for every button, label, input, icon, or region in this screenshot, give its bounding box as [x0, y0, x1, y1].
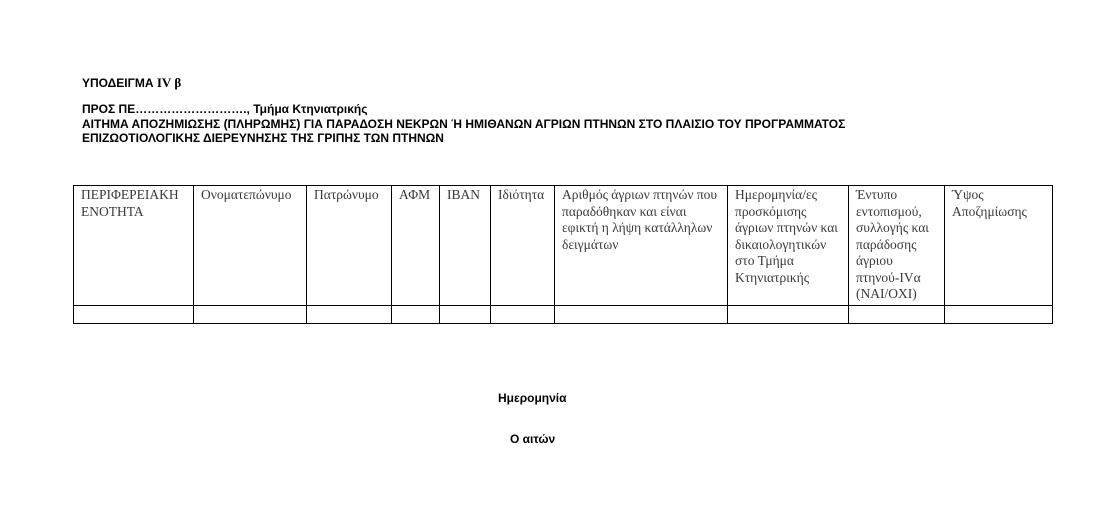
cell-regional-unit[interactable]: [74, 306, 194, 324]
cell-delivery-dates[interactable]: [728, 306, 849, 324]
addressee-line: ΠΡΟΣ ΠΕ………………………., Τμήμα Κτηνιατρικής: [82, 102, 368, 116]
column-header-capacity: Ιδιότητα: [491, 186, 555, 306]
column-header-tax-id: ΑΦΜ: [392, 186, 440, 306]
cell-fathers-name[interactable]: [307, 306, 392, 324]
column-header-regional-unit: ΠΕΡΙΦΕΡΕΙΑΚΗ ΕΝΟΤΗΤΑ: [74, 186, 194, 306]
cell-compensation-amount[interactable]: [945, 306, 1053, 324]
column-header-compensation-amount: Ύψος Αποζημίωσης: [945, 186, 1053, 306]
column-header-full-name: Ονοματεπώνυμο: [194, 186, 307, 306]
table-header-row: ΠΕΡΙΦΕΡΕΙΑΚΗ ΕΝΟΤΗΤΑ Ονοματεπώνυμο Πατρώ…: [74, 186, 1053, 306]
column-header-form-iva: Έντυπο εντοπισμού, συλλογής και παράδοση…: [849, 186, 945, 306]
cell-bird-count[interactable]: [555, 306, 728, 324]
claim-table: ΠΕΡΙΦΕΡΕΙΑΚΗ ΕΝΟΤΗΤΑ Ονοματεπώνυμο Πατρώ…: [73, 185, 1053, 324]
date-label: Ημερομηνία: [498, 391, 567, 405]
applicant-signature-label: Ο αιτών: [510, 432, 555, 446]
column-header-iban: IBAN: [440, 186, 491, 306]
cell-iban[interactable]: [440, 306, 491, 324]
table-row: [74, 306, 1053, 324]
form-code-suffix: IV β: [157, 75, 181, 90]
document-title-line-2: ΕΠΙΖΩΟΤΙΟΛΟΓΙΚΗΣ ΔΙΕΡΕΥΝΗΣΗΣ ΤΗΣ ΓΡΙΠΗΣ …: [82, 131, 444, 145]
cell-form-iva[interactable]: [849, 306, 945, 324]
form-code-prefix: ΥΠΟΔΕΙΓΜΑ: [82, 76, 154, 90]
form-code: ΥΠΟΔΕΙΓΜΑ IV β: [82, 76, 181, 90]
column-header-delivery-dates: Ημερομηνία/ες προσκόμισης άγριων πτηνών …: [728, 186, 849, 306]
cell-full-name[interactable]: [194, 306, 307, 324]
cell-capacity[interactable]: [491, 306, 555, 324]
column-header-bird-count: Αριθμός άγριων πτηνών που παραδόθηκαν κα…: [555, 186, 728, 306]
column-header-fathers-name: Πατρώνυμο: [307, 186, 392, 306]
document-title-line-1: ΑΙΤΗΜΑ ΑΠΟΖΗΜΙΩΣΗΣ (ΠΛΗΡΩΜΗΣ) ΓΙΑ ΠΑΡΑΔΟ…: [82, 117, 845, 131]
cell-tax-id[interactable]: [392, 306, 440, 324]
